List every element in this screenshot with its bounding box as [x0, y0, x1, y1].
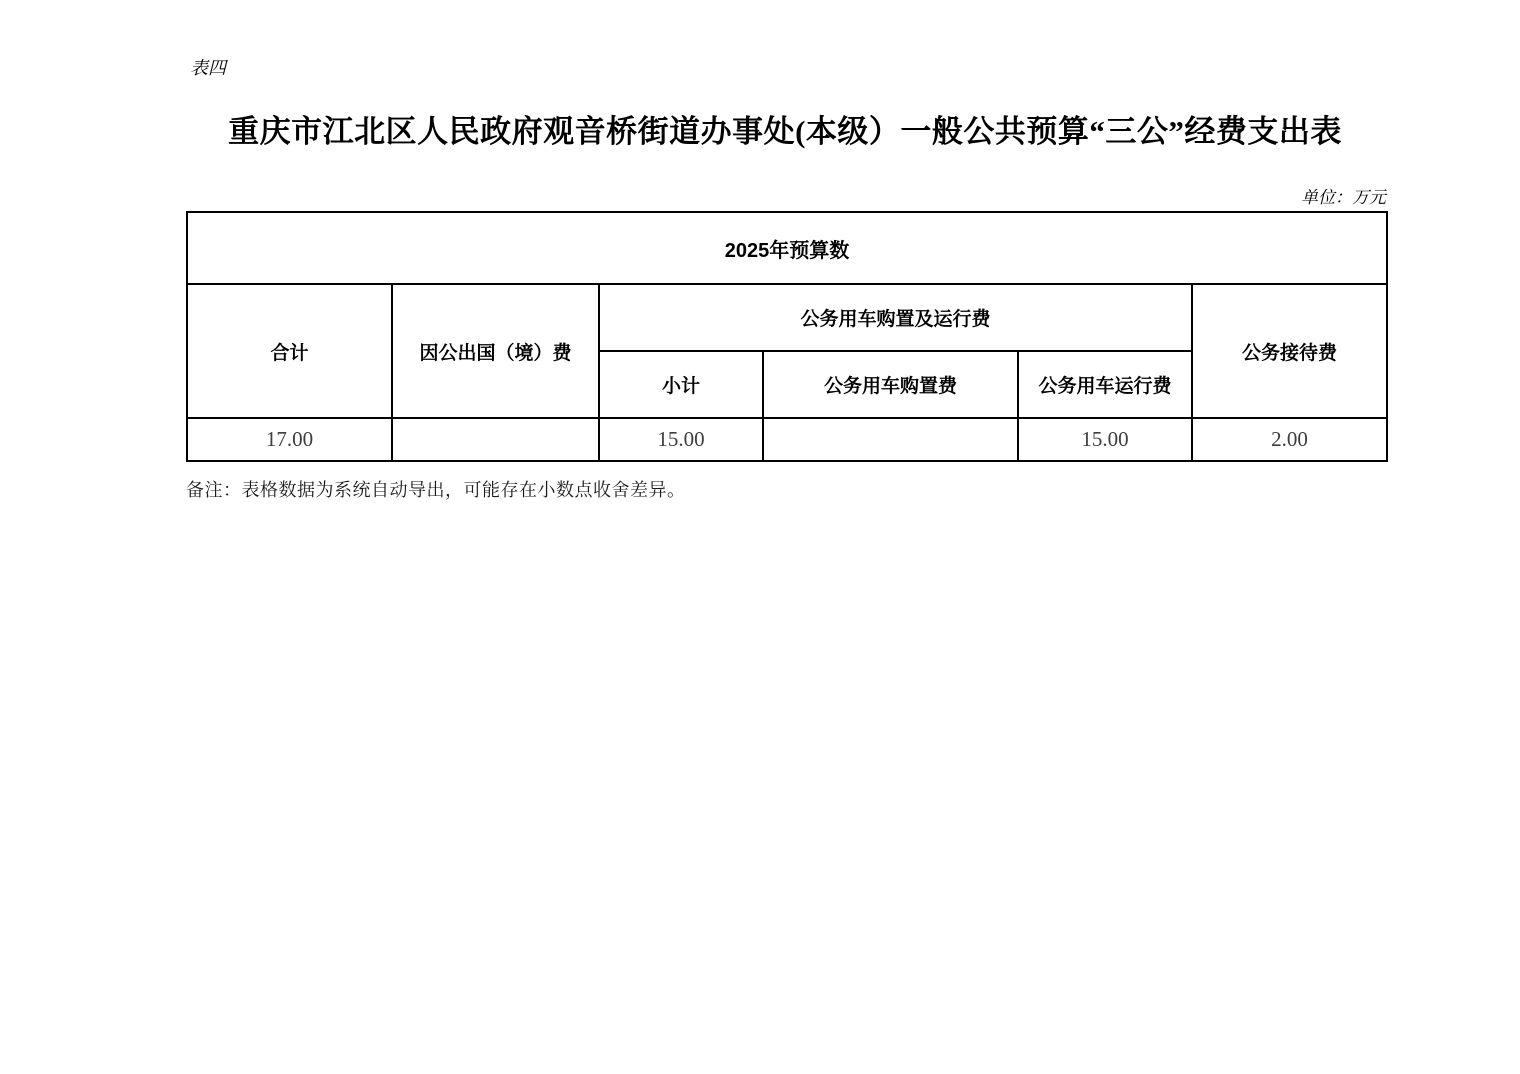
table-row: 17.00 15.00 15.00 2.00: [187, 418, 1387, 461]
page-title: 重庆市江北区人民政府观音桥街道办事处(本级）一般公共预算“三公”经费支出表: [160, 106, 1410, 151]
cell-abroad: [392, 418, 599, 461]
year-header-row: 2025年预算数: [187, 212, 1387, 284]
cell-vehicle-operation: 15.00: [1018, 418, 1192, 461]
col-header-vehicle-operation: 公务用车运行费: [1018, 351, 1192, 418]
column-header-row: 合计 因公出国（境）费 公务用车购置及运行费 公务接待费: [187, 284, 1387, 351]
cell-reception: 2.00: [1192, 418, 1387, 461]
col-header-total: 合计: [187, 284, 392, 418]
unit-note: 单位：万元: [186, 183, 1386, 208]
year-header-cell: 2025年预算数: [187, 212, 1387, 284]
col-header-reception: 公务接待费: [1192, 284, 1387, 418]
col-header-abroad: 因公出国（境）费: [392, 284, 599, 418]
col-header-vehicle-subtotal: 小计: [599, 351, 763, 418]
budget-table: 2025年预算数 合计 因公出国（境）费 公务用车购置及运行费 公务接待费 小计…: [186, 211, 1388, 462]
cell-total: 17.00: [187, 418, 392, 461]
cell-vehicle-purchase: [763, 418, 1018, 461]
col-header-vehicle-group: 公务用车购置及运行费: [599, 284, 1192, 351]
cell-vehicle-subtotal: 15.00: [599, 418, 763, 461]
document-page: 表四 重庆市江北区人民政府观音桥街道办事处(本级）一般公共预算“三公”经费支出表…: [0, 0, 1520, 1074]
table-number-label: 表四: [190, 54, 226, 80]
col-header-vehicle-purchase: 公务用车购置费: [763, 351, 1018, 418]
footnote: 备注：表格数据为系统自动导出，可能存在小数点收舍差异。: [186, 476, 686, 502]
